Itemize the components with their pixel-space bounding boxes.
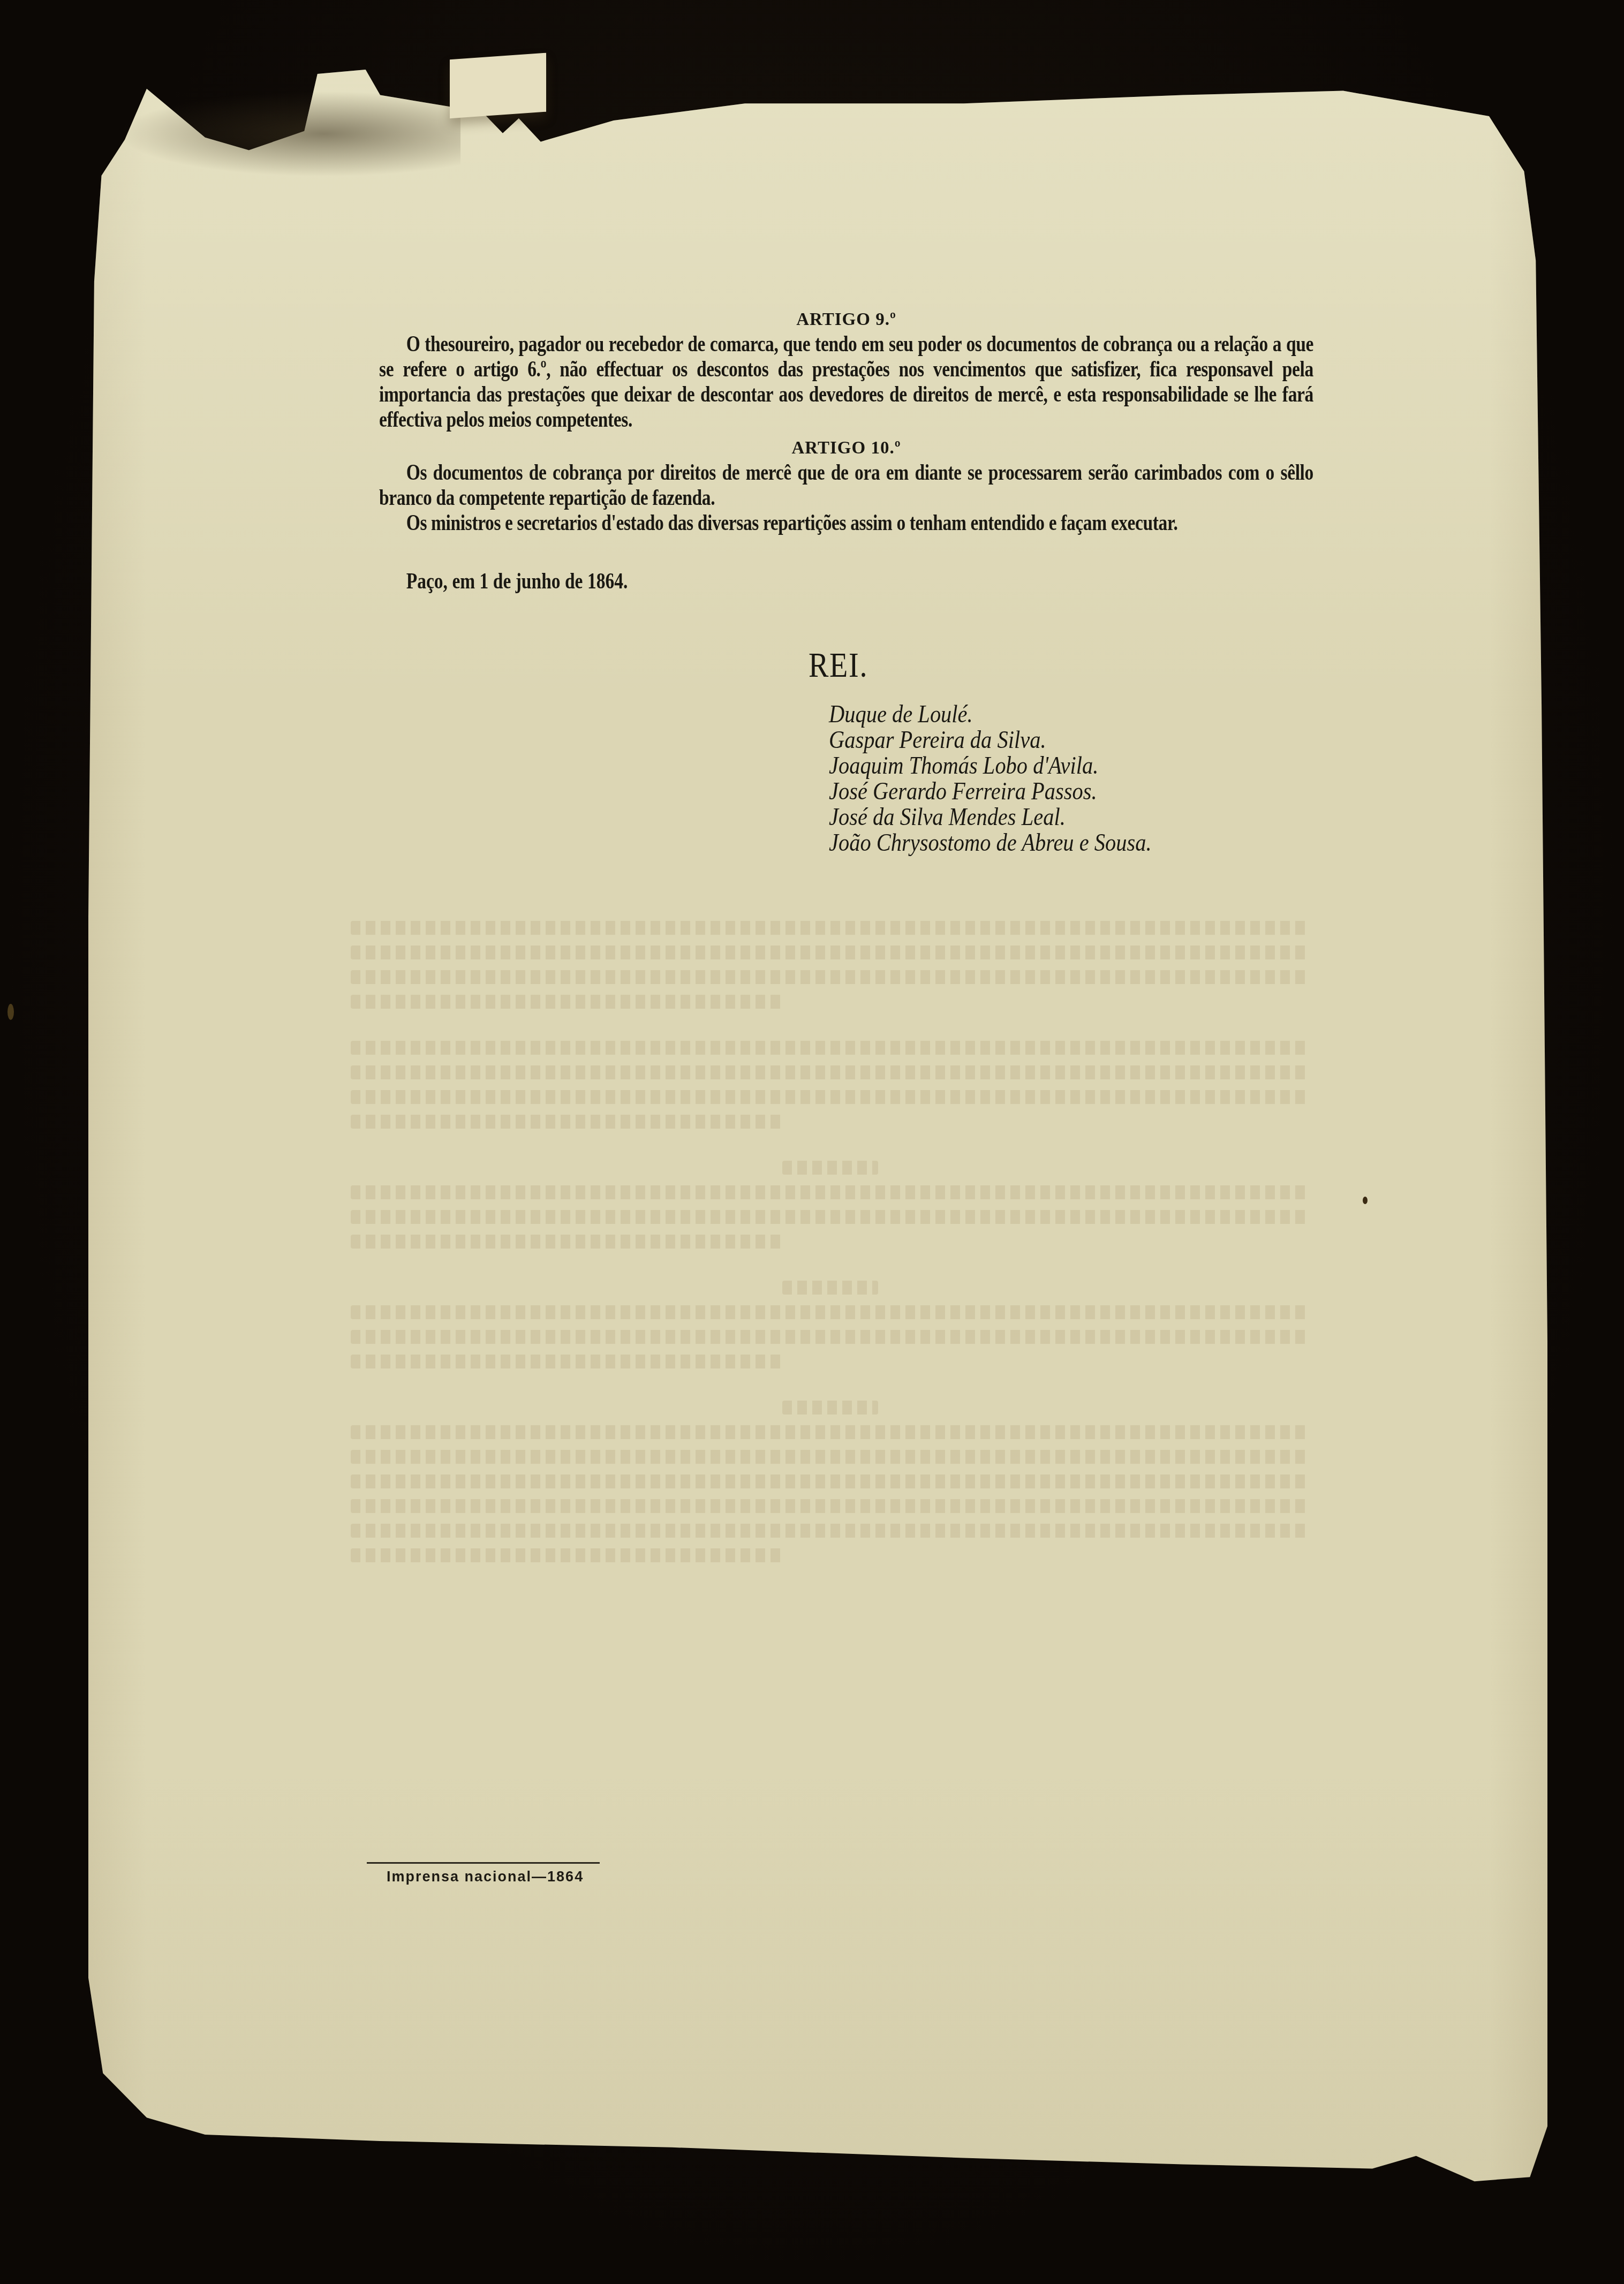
article-heading: ARTIGO 9.º	[379, 308, 1313, 331]
torn-paper-edge	[450, 53, 546, 119]
signatory: João Chrysostomo de Abreu e Sousa.	[829, 830, 1152, 856]
date-line: Paço, em 1 de junho de 1864.	[379, 569, 1108, 594]
signatory-list: Duque de Loulé. Gaspar Pereira da Silva.…	[829, 701, 1196, 856]
article-paragraph: O thesoureiro, pagador ou recebedor de c…	[379, 331, 1313, 432]
article-10: ARTIGO 10.º Os documentos de cobrança po…	[379, 436, 1313, 535]
document-body: ARTIGO 9.º O thesoureiro, pagador ou rec…	[379, 308, 1313, 617]
signatory: Gaspar Pereira da Silva.	[829, 727, 1152, 753]
imprint-divider	[367, 1862, 600, 1864]
signatory: Duque de Loulé.	[829, 701, 1152, 727]
signatory: José Gerardo Ferreira Passos.	[829, 778, 1152, 804]
paper-stain	[1363, 1197, 1368, 1204]
sovereign-signature: REI.	[809, 645, 868, 686]
signatory: José da Silva Mendes Leal.	[829, 804, 1152, 830]
signatory: Joaquim Thomás Lobo d'Avila.	[829, 753, 1152, 778]
paper-stain	[7, 1004, 14, 1020]
printer-imprint: Imprensa nacional—1864	[387, 1869, 584, 1885]
article-9: ARTIGO 9.º O thesoureiro, pagador ou rec…	[379, 308, 1313, 432]
article-heading: ARTIGO 10.º	[379, 436, 1313, 460]
article-paragraph: Os documentos de cobrança por direitos d…	[379, 460, 1313, 510]
closing-paragraph: Os ministros e secretarios d'estado das …	[379, 510, 1313, 535]
